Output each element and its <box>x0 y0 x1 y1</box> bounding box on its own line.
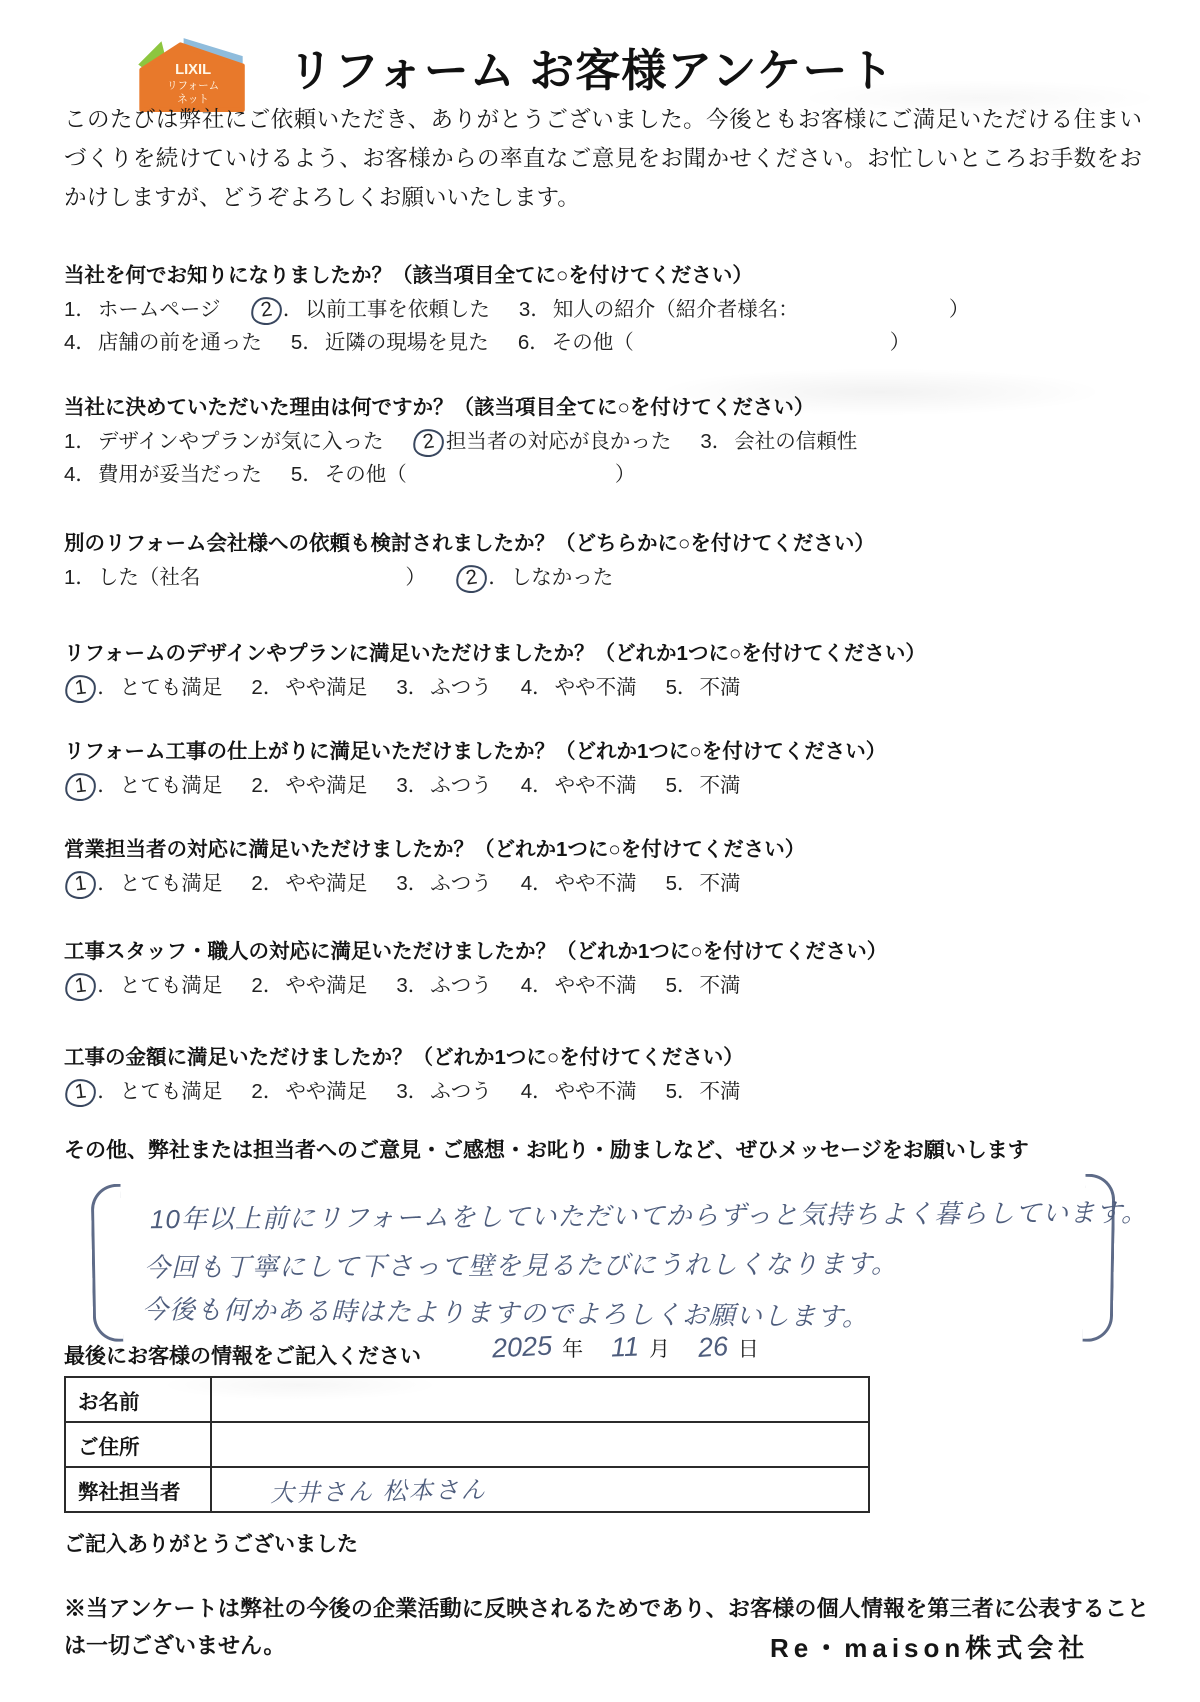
question-heading: 別のリフォーム会社様への依頼も検討されましたか？（どちらかに○を付けてください） <box>64 526 1154 556</box>
option-label: その他（ <box>325 463 407 486</box>
options-line: 1．とても満足2．やや満足3．ふつう4．やや不満5．不満 <box>64 1075 1154 1108</box>
handwritten-date: 2025年 11月 26日 <box>492 1332 781 1363</box>
option-number-separator: ． <box>75 298 96 321</box>
option-number: 2 <box>251 1075 262 1108</box>
option-label: やや満足 <box>285 974 367 997</box>
handwritten-comment-line: 今回も丁寧にして下さって壁を見るたびにうれしくなります。 <box>144 1239 1064 1293</box>
row-value: 大井さん 松本さん <box>211 1467 869 1512</box>
answer-option: 4．やや不満 <box>521 676 637 699</box>
question-block: 当社を何でお知りになりましたか？（該当項目全てに○を付けてください）1．ホームペ… <box>64 258 1154 359</box>
option-number: 3 <box>519 293 530 326</box>
option-number-separator: ． <box>408 1080 429 1103</box>
table-row: お名前 <box>65 1377 869 1422</box>
option-number-separator: ． <box>75 430 96 453</box>
option-number-separator: ． <box>677 676 698 699</box>
option-number: 3 <box>396 769 407 802</box>
answer-option: 4．やや不満 <box>521 1080 637 1103</box>
answer-option: 4．費用が妥当だった <box>64 463 262 486</box>
answer-option: 2．やや満足 <box>251 1080 367 1103</box>
option-label: 不満 <box>700 774 741 797</box>
option-number: 3 <box>396 867 407 900</box>
handwritten-comment-line: 10年以上前にリフォームをしていただいてからずっと気持ちよく暮らしています。 <box>150 1189 1070 1244</box>
circled-answer-mark: 1 <box>63 869 98 901</box>
option-number-separator: ． <box>263 676 284 699</box>
question-block: 営業担当者の対応に満足いただけましたか？（どれか1つに○を付けてください）1．と… <box>64 832 1154 900</box>
date-month-value: 11 <box>610 1332 639 1364</box>
row-value <box>211 1377 869 1422</box>
answer-option: 5．不満 <box>666 1080 741 1103</box>
answer-option: 2担当者の対応が良かった <box>412 430 671 453</box>
closing-paren: ） <box>949 298 970 321</box>
option-number-separator: ． <box>263 872 284 895</box>
question-block: 工事の金額に満足いただけましたか？（どれか1つに○を付けてください）1．とても満… <box>64 1040 1154 1108</box>
answer-option: 1．とても満足 <box>64 774 222 797</box>
blank-write-in-space <box>799 315 949 316</box>
option-number: 5 <box>666 769 677 802</box>
option-label: 会社の信頼性 <box>734 430 857 453</box>
circled-answer-mark: 1 <box>63 1077 98 1109</box>
option-number-separator: ． <box>75 463 96 486</box>
option-label: とても満足 <box>120 774 223 797</box>
circled-answer-mark: 1 <box>63 971 98 1003</box>
option-label: 以前工事を依頼した <box>305 298 490 321</box>
answer-option: 3．知人の紹介（紹介者様名：） <box>519 298 969 321</box>
answer-option: 6．その他（） <box>518 331 910 354</box>
handwritten-comment-box: 10年以上前にリフォームをしていただいてからずっと気持ちよく暮らしています。今回… <box>92 1178 1114 1348</box>
answer-option: 1．とても満足 <box>64 872 222 895</box>
circled-answer-mark: 2 <box>412 427 447 459</box>
option-number-separator: ． <box>488 566 509 589</box>
option-number: 1 <box>64 293 75 326</box>
option-label: した（社名 <box>98 566 201 589</box>
circled-answer-mark: 1 <box>63 771 98 803</box>
question-heading: 工事の金額に満足いただけましたか？（どれか1つに○を付けてください） <box>64 1040 1154 1070</box>
answer-option: 1．とても満足 <box>64 1080 222 1103</box>
option-number: 3 <box>396 969 407 1002</box>
closing-paren: ） <box>405 566 426 589</box>
answer-option: 1．とても満足 <box>64 676 222 699</box>
option-number-separator: ． <box>677 1080 698 1103</box>
option-label: 不満 <box>700 676 741 699</box>
answer-option: 4．やや不満 <box>521 872 637 895</box>
option-label: 不満 <box>700 1080 741 1103</box>
option-number-separator: ． <box>677 974 698 997</box>
option-number-separator: ． <box>677 774 698 797</box>
date-year-label: 年 <box>562 1338 583 1361</box>
option-number: 6 <box>518 326 529 359</box>
question-heading: 当社を何でお知りになりましたか？（該当項目全てに○を付けてください） <box>64 258 1154 288</box>
option-number-separator: ． <box>408 974 429 997</box>
option-number-separator: ． <box>97 1080 118 1103</box>
option-number-separator: ． <box>408 774 429 797</box>
blank-write-in-space <box>200 583 405 584</box>
option-label: やや満足 <box>285 872 367 895</box>
option-number: 4 <box>521 969 532 1002</box>
option-label: 担当者の対応が良かった <box>446 430 672 453</box>
option-label: 費用が妥当だった <box>98 463 262 486</box>
answer-option: 5．近隣の現場を見た <box>291 331 489 354</box>
company-name: Re・maison株式会社 <box>770 1628 1089 1665</box>
staff-handwriting: 大井さん 松本さん <box>222 1470 487 1510</box>
comment-bracket-left-icon <box>91 1184 124 1342</box>
answer-option: 4．やや不満 <box>521 774 637 797</box>
option-number: 5 <box>666 969 677 1002</box>
option-label: やや不満 <box>555 872 637 895</box>
option-number-separator: ． <box>532 1080 553 1103</box>
option-label: やや不満 <box>555 1080 637 1103</box>
option-label: 不満 <box>700 974 741 997</box>
closing-paren: ） <box>890 331 911 354</box>
answer-option: 3．ふつう <box>396 974 491 997</box>
option-label: やや不満 <box>555 774 637 797</box>
option-label: ふつう <box>430 872 492 895</box>
row-label: ご住所 <box>65 1422 211 1467</box>
answer-option: 3．ふつう <box>396 872 491 895</box>
option-number: 5 <box>666 1075 677 1108</box>
option-label: ふつう <box>430 676 492 699</box>
circled-answer-mark: 2 <box>454 563 489 595</box>
date-year-value: 2025 <box>491 1330 553 1364</box>
answer-option: 1．ホームページ <box>64 298 221 321</box>
answer-option: 5．その他（） <box>291 463 635 486</box>
question-heading: 当社に決めていただいた理由は何ですか？（該当項目全てに○を付けてください） <box>64 390 1154 420</box>
circled-answer-mark: 2 <box>249 295 284 327</box>
survey-scan-page: LIXIL リフォーム ネット リフォーム お客様アンケート このたびは弊社にご… <box>0 0 1200 1702</box>
answer-option: 5．不満 <box>666 676 741 699</box>
option-label: 近隣の現場を見た <box>325 331 489 354</box>
option-number-separator: ． <box>302 331 323 354</box>
row-label: 弊社担当者 <box>65 1467 211 1512</box>
option-label: デザインやプランが気に入った <box>98 430 384 453</box>
option-label: ふつう <box>430 774 492 797</box>
option-number-separator: ． <box>302 463 323 486</box>
question-block: 別のリフォーム会社様への依頼も検討されましたか？（どちらかに○を付けてください）… <box>64 526 1154 594</box>
options-line: 1．ホームページ2．以前工事を依頼した3．知人の紹介（紹介者様名：） <box>64 293 1154 326</box>
option-label: やや不満 <box>555 676 637 699</box>
answer-option: 1．デザインやプランが気に入った <box>64 430 383 453</box>
options-line: 4．店舗の前を通った5．近隣の現場を見た6．その他（） <box>64 326 1154 359</box>
options-line: 1．した（社名）2．しなかった <box>64 561 1154 594</box>
question-heading: リフォーム工事の仕上がりに満足いただけましたか？（どれか1つに○を付けてください… <box>64 734 1154 764</box>
option-number-separator: ． <box>532 974 553 997</box>
option-number: 3 <box>700 425 711 458</box>
option-label: 不満 <box>700 872 741 895</box>
option-number-separator: ． <box>283 298 304 321</box>
question-heading: 営業担当者の対応に満足いただけましたか？（どれか1つに○を付けてください） <box>64 832 1154 862</box>
option-label: その他（ <box>552 331 634 354</box>
intro-text: このたびは弊社にご依頼いただき、ありがとうございました。今後ともお客様にご満足い… <box>64 100 1142 217</box>
option-number: 5 <box>666 671 677 704</box>
answer-option: 3．ふつう <box>396 774 491 797</box>
option-label: 店舗の前を通った <box>98 331 262 354</box>
option-number: 2 <box>251 867 262 900</box>
thanks-text: ご記入ありがとうございました <box>64 1528 358 1558</box>
handwritten-comment: 10年以上前にリフォームをしていただいてからずっと気持ちよく暮らしています。今回… <box>150 1192 1070 1339</box>
option-number-separator: ． <box>532 872 553 895</box>
question-heading: リフォームのデザインやプランに満足いただけましたか？（どれか1つに○を付けてくだ… <box>64 636 1154 666</box>
question-block: リフォームのデザインやプランに満足いただけましたか？（どれか1つに○を付けてくだ… <box>64 636 1154 704</box>
option-number: 4 <box>521 671 532 704</box>
option-number-separator: ． <box>75 566 96 589</box>
answer-option: 3．会社の信頼性 <box>700 430 857 453</box>
option-number-separator: ． <box>532 676 553 699</box>
option-number-separator: ． <box>97 676 118 699</box>
table-row: ご住所 <box>65 1422 869 1467</box>
date-day-value: 26 <box>697 1331 729 1364</box>
date-month-label: 月 <box>649 1338 670 1361</box>
blank-write-in-space <box>407 480 615 481</box>
option-number: 3 <box>396 1075 407 1108</box>
answer-option: 1．とても満足 <box>64 974 222 997</box>
option-number-separator: ． <box>263 774 284 797</box>
option-number: 2 <box>251 969 262 1002</box>
question-block: 当社に決めていただいた理由は何ですか？（該当項目全てに○を付けてください）1．デ… <box>64 390 1154 491</box>
options-line: 1．とても満足2．やや満足3．ふつう4．やや不満5．不満 <box>64 769 1154 802</box>
row-label: お名前 <box>65 1377 211 1422</box>
blank-write-in-space <box>634 348 890 349</box>
options-line: 1．とても満足2．やや満足3．ふつう4．やや不満5．不満 <box>64 969 1154 1002</box>
answer-option: 5．不満 <box>666 774 741 797</box>
customer-info-table: お名前ご住所弊社担当者大井さん 松本さん <box>64 1376 870 1513</box>
option-number: 4 <box>64 458 75 491</box>
option-number: 5 <box>291 458 302 491</box>
option-number: 4 <box>521 1075 532 1108</box>
options-line: 4．費用が妥当だった5．その他（） <box>64 458 1154 491</box>
options-line: 1．とても満足2．やや満足3．ふつう4．やや不満5．不満 <box>64 867 1154 900</box>
option-label: やや不満 <box>555 974 637 997</box>
info-heading: 最後にお客様の情報をご記入ください <box>64 1340 421 1370</box>
option-number: 3 <box>396 671 407 704</box>
question-block: 工事スタッフ・職人の対応に満足いただけましたか？（どれか1つに○を付けてください… <box>64 934 1154 1002</box>
question-block: リフォーム工事の仕上がりに満足いただけましたか？（どれか1つに○を付けてください… <box>64 734 1154 802</box>
option-number: 5 <box>666 867 677 900</box>
page-title: リフォーム お客様アンケート <box>288 34 895 99</box>
logo-line1-text: リフォーム <box>167 80 219 92</box>
options-line: 1．デザインやプランが気に入った2担当者の対応が良かった3．会社の信頼性 <box>64 425 1154 458</box>
option-label: ふつう <box>430 974 492 997</box>
options-line: 1．とても満足2．やや満足3．ふつう4．やや不満5．不満 <box>64 671 1154 704</box>
answer-option: 3．ふつう <box>396 1080 491 1103</box>
option-number: 2 <box>251 769 262 802</box>
option-label: やや満足 <box>285 1080 367 1103</box>
closing-paren: ） <box>615 463 636 486</box>
option-number-separator: ． <box>97 974 118 997</box>
option-label: やや満足 <box>285 774 367 797</box>
message-heading: その他、弊社または担当者へのご意見・ご感想・お叱り・励ましなど、ぜひメッセージを… <box>64 1134 1029 1164</box>
option-number-separator: ． <box>263 974 284 997</box>
option-number-separator: ． <box>712 430 733 453</box>
answer-option: 2．しなかった <box>455 566 613 589</box>
answer-option: 4．店舗の前を通った <box>64 331 262 354</box>
option-number: 2 <box>251 671 262 704</box>
option-number: 4 <box>521 867 532 900</box>
option-number: 4 <box>64 326 75 359</box>
option-label: やや満足 <box>285 676 367 699</box>
option-number-separator: ． <box>97 774 118 797</box>
answer-option: 4．やや不満 <box>521 974 637 997</box>
answer-option: 2．やや満足 <box>251 974 367 997</box>
option-number-separator: ． <box>530 298 551 321</box>
option-label: とても満足 <box>120 676 223 699</box>
option-number-separator: ． <box>529 331 550 354</box>
option-number-separator: ． <box>408 872 429 895</box>
answer-option: 5．不満 <box>666 974 741 997</box>
answer-option: 3．ふつう <box>396 676 491 699</box>
option-label: とても満足 <box>120 872 223 895</box>
option-number: 5 <box>291 326 302 359</box>
row-value <box>211 1422 869 1467</box>
answer-option: 2．やや満足 <box>251 774 367 797</box>
option-label: とても満足 <box>120 1080 223 1103</box>
question-heading: 工事スタッフ・職人の対応に満足いただけましたか？（どれか1つに○を付けてください… <box>64 934 1154 964</box>
option-number-separator: ． <box>677 872 698 895</box>
option-number-separator: ． <box>408 676 429 699</box>
option-number: 4 <box>521 769 532 802</box>
option-number-separator: ． <box>75 331 96 354</box>
option-number-separator: ． <box>263 1080 284 1103</box>
answer-option: 2．やや満足 <box>251 676 367 699</box>
option-number: 1 <box>64 561 75 594</box>
answer-option: 1．した（社名） <box>64 566 426 589</box>
option-label: とても満足 <box>120 974 223 997</box>
table-row: 弊社担当者大井さん 松本さん <box>65 1467 869 1512</box>
option-number-separator: ． <box>532 774 553 797</box>
option-label: ホームページ <box>98 298 221 321</box>
option-label: しなかった <box>511 566 614 589</box>
answer-option: 5．不満 <box>666 872 741 895</box>
date-day-label: 日 <box>738 1338 759 1361</box>
option-number-separator: ． <box>97 872 118 895</box>
circled-answer-mark: 1 <box>63 673 98 705</box>
option-label: 知人の紹介（紹介者様名： <box>553 298 799 321</box>
answer-option: 2．やや満足 <box>251 872 367 895</box>
logo-brand-text: LIXIL <box>175 62 211 78</box>
answer-option: 2．以前工事を依頼した <box>250 298 490 321</box>
option-number: 1 <box>64 425 75 458</box>
option-label: ふつう <box>430 1080 492 1103</box>
